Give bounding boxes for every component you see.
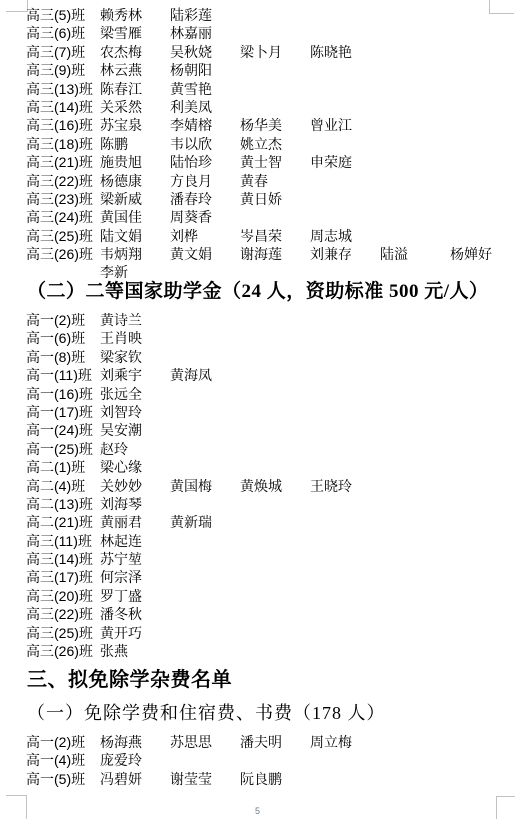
- student-name: 黄新瑞: [170, 513, 212, 531]
- student-name: 黄海凤: [170, 366, 212, 384]
- student-name: 周志城: [310, 227, 352, 245]
- second-grant-name-list: 高一(2)班黄诗兰高一(6)班王肖映高一(8)班梁家钦高一(11)班刘乘宇黄海凤…: [0, 311, 515, 660]
- name-list-row: 高一(2)班黄诗兰: [0, 311, 515, 329]
- class-label: 高一(24)班: [26, 421, 93, 439]
- name-list-row: 高三(5)班赖秀林陆彩莲: [0, 6, 515, 24]
- class-label: 高一(25)班: [26, 440, 93, 458]
- name-list-row: 高三(7)班农杰梅吴秋娆梁卜月陈晓艳: [0, 43, 515, 61]
- student-name: 吴秋娆: [170, 43, 212, 61]
- name-list-row: 高一(5)班冯碧妍谢莹莹阮良鹏: [0, 770, 515, 788]
- student-name: 黄国佳: [100, 208, 142, 226]
- class-label: 高一(8)班: [26, 348, 85, 366]
- student-name: 杨华美: [240, 116, 282, 134]
- student-name: 方良月: [170, 172, 212, 190]
- class-label: 高二(4)班: [26, 477, 85, 495]
- fee-waiver-name-list: 高一(2)班杨海燕苏思思潘夫明周立梅高一(4)班庞爱玲高一(5)班冯碧妍谢莹莹阮…: [0, 733, 515, 788]
- name-list-row: 高一(17)班刘智玲: [0, 403, 515, 421]
- name-list-row: 高二(4)班关妙妙黄国梅黄焕城王晓玲: [0, 477, 515, 495]
- student-name: 关采然: [100, 98, 142, 116]
- name-list-row: 高一(6)班王肖映: [0, 329, 515, 347]
- student-name: 梁心缘: [100, 458, 142, 476]
- student-name: 刘兼存: [310, 245, 352, 263]
- fee-waiver-section-heading: 三、拟免除学杂费名单: [27, 663, 232, 692]
- class-label: 高一(2)班: [26, 311, 85, 329]
- student-name: 黄日娇: [240, 190, 282, 208]
- student-name: 杨德康: [100, 172, 142, 190]
- class-label: 高三(26)班: [26, 245, 93, 263]
- name-list-row: 高一(8)班梁家钦: [0, 348, 515, 366]
- student-name: 梁雪雁: [100, 24, 142, 42]
- student-name: 潘春玲: [170, 190, 212, 208]
- class-label: 高二(21)班: [26, 513, 93, 531]
- class-label: 高一(2)班: [26, 733, 85, 751]
- name-list-row: 高二(1)班梁心缘: [0, 458, 515, 476]
- student-name: 吴安潮: [100, 421, 142, 439]
- class-label: 高三(6)班: [26, 24, 85, 42]
- class-label: 高三(5)班: [26, 6, 85, 24]
- class-label: 高三(14)班: [26, 550, 93, 568]
- class-label: 高一(11)班: [26, 366, 92, 384]
- class-label: 高三(26)班: [26, 642, 93, 660]
- student-name: 杨婵好: [450, 245, 492, 263]
- student-name: 苏宝泉: [100, 116, 142, 134]
- student-name: 黄焕城: [240, 477, 282, 495]
- name-list-row: 高一(4)班庞爱玲: [0, 751, 515, 769]
- student-name: 刘乘宇: [100, 366, 142, 384]
- student-name: 张远全: [100, 385, 142, 403]
- student-name: 韦以欣: [170, 135, 212, 153]
- student-name: 苏思思: [170, 733, 212, 751]
- document-page: 高三(5)班赖秀林陆彩莲高三(6)班梁雪雁林嘉丽高三(7)班农杰梅吴秋娆梁卜月陈…: [0, 0, 515, 835]
- class-label: 高三(22)班: [26, 172, 93, 190]
- class-label: 高三(23)班: [26, 190, 93, 208]
- class-label: 高三(17)班: [26, 568, 93, 586]
- name-list-row: 高三(17)班何宗泽: [0, 568, 515, 586]
- student-name: 梁家钦: [100, 348, 142, 366]
- name-list-row: 高三(20)班罗丁盛: [0, 587, 515, 605]
- student-name: 黄丽君: [100, 513, 142, 531]
- student-name: 赖秀林: [100, 6, 142, 24]
- class-label: 高一(16)班: [26, 385, 93, 403]
- name-list-row: 高三(25)班黄开巧: [0, 624, 515, 642]
- student-name: 农杰梅: [100, 43, 142, 61]
- name-list-row: 高三(22)班潘冬秋: [0, 605, 515, 623]
- student-name: 利美凤: [170, 98, 212, 116]
- name-list-row: 高一(16)班张远全: [0, 385, 515, 403]
- student-name: 何宗泽: [100, 568, 142, 586]
- student-name: 黄开巧: [100, 624, 142, 642]
- name-list-row: 高一(24)班吴安潮: [0, 421, 515, 439]
- name-list-row: 高三(6)班梁雪雁林嘉丽: [0, 24, 515, 42]
- class-label: 高三(18)班: [26, 135, 93, 153]
- student-name: 陆文娟: [100, 227, 142, 245]
- student-name: 刘智玲: [100, 403, 142, 421]
- student-name: 关妙妙: [100, 477, 142, 495]
- fee-waiver-subsection-heading: （一）免除学费和住宿费、书费（178 人）: [27, 699, 386, 725]
- second-grant-heading: （二）二等国家助学金（24 人，资助标准 500 元/人）: [27, 276, 489, 303]
- class-label: 高三(21)班: [26, 153, 93, 171]
- class-label: 高三(7)班: [26, 43, 85, 61]
- student-name: 赵玲: [100, 440, 128, 458]
- student-name: 杨海燕: [100, 733, 142, 751]
- name-list-row: 高三(14)班苏宁堃: [0, 550, 515, 568]
- class-label: 高三(13)班: [26, 80, 93, 98]
- student-name: 刘桦: [170, 227, 198, 245]
- student-name: 梁新威: [100, 190, 142, 208]
- class-label: 高三(11)班: [26, 532, 92, 550]
- name-list-row: 高三(18)班陈鹏韦以欣姚立杰: [0, 135, 515, 153]
- student-name: 庞爱玲: [100, 751, 142, 769]
- student-name: 苏宁堃: [100, 550, 142, 568]
- student-name: 谢莹莹: [170, 770, 212, 788]
- class-label: 高三(16)班: [26, 116, 93, 134]
- student-name: 王肖映: [100, 329, 142, 347]
- student-name: 刘海琴: [100, 495, 142, 513]
- student-name: 陆怡珍: [170, 153, 212, 171]
- name-list-row: 高三(26)班韦炳翔黄文娟谢海莲刘兼存陆溢杨婵好: [0, 245, 515, 263]
- page-number: 5: [0, 806, 515, 816]
- student-name: 岑昌荣: [240, 227, 282, 245]
- student-name: 王晓玲: [310, 477, 352, 495]
- student-name: 周葵香: [170, 208, 212, 226]
- student-name: 黄文娟: [170, 245, 212, 263]
- student-name: 谢海莲: [240, 245, 282, 263]
- first-grant-name-list: 高三(5)班赖秀林陆彩莲高三(6)班梁雪雁林嘉丽高三(7)班农杰梅吴秋娆梁卜月陈…: [0, 6, 515, 282]
- student-name: 黄春: [240, 172, 268, 190]
- name-list-row: 高一(25)班赵玲: [0, 440, 515, 458]
- name-list-row: 高一(2)班杨海燕苏思思潘夫明周立梅: [0, 733, 515, 751]
- student-name: 林起连: [100, 532, 142, 550]
- name-list-row: 高三(16)班苏宝泉李婧榕杨华美曾业江: [0, 116, 515, 134]
- name-list-row: 高三(25)班陆文娟刘桦岑昌荣周志城: [0, 227, 515, 245]
- name-list-row: 高三(24)班黄国佳周葵香: [0, 208, 515, 226]
- name-list-row: 高三(9)班林云燕杨朝阳: [0, 61, 515, 79]
- student-name: 阮良鹏: [240, 770, 282, 788]
- student-name: 姚立杰: [240, 135, 282, 153]
- name-list-row: 高三(21)班施贵旭陆怡珍黄士智申荣庭: [0, 153, 515, 171]
- student-name: 黄国梅: [170, 477, 212, 495]
- class-label: 高三(9)班: [26, 61, 85, 79]
- class-label: 高二(1)班: [26, 458, 85, 476]
- student-name: 韦炳翔: [100, 245, 142, 263]
- name-list-row: 高二(21)班黄丽君黄新瑞: [0, 513, 515, 531]
- name-list-row: 高三(22)班杨德康方良月黄春: [0, 172, 515, 190]
- student-name: 林嘉丽: [170, 24, 212, 42]
- name-list-row: 高三(23)班梁新威潘春玲黄日娇: [0, 190, 515, 208]
- student-name: 黄雪艳: [170, 80, 212, 98]
- student-name: 杨朝阳: [170, 61, 212, 79]
- student-name: 周立梅: [310, 733, 352, 751]
- class-label: 高一(4)班: [26, 751, 85, 769]
- student-name: 黄诗兰: [100, 311, 142, 329]
- name-list-row: 高三(26)班张燕: [0, 642, 515, 660]
- student-name: 申荣庭: [310, 153, 352, 171]
- student-name: 潘冬秋: [100, 605, 142, 623]
- name-list-row: 高三(13)班陈春江黄雪艳: [0, 80, 515, 98]
- student-name: 陈鹏: [100, 135, 128, 153]
- class-label: 高一(17)班: [26, 403, 93, 421]
- student-name: 陈晓艳: [310, 43, 352, 61]
- class-label: 高二(13)班: [26, 495, 93, 513]
- student-name: 陆彩莲: [170, 6, 212, 24]
- student-name: 梁卜月: [240, 43, 282, 61]
- student-name: 潘夫明: [240, 733, 282, 751]
- student-name: 陈春江: [100, 80, 142, 98]
- name-list-row: 高三(14)班关采然利美凤: [0, 98, 515, 116]
- student-name: 张燕: [100, 642, 128, 660]
- class-label: 高三(20)班: [26, 587, 93, 605]
- name-list-row: 高三(11)班林起连: [0, 532, 515, 550]
- class-label: 高三(25)班: [26, 227, 93, 245]
- class-label: 高三(25)班: [26, 624, 93, 642]
- class-label: 高一(5)班: [26, 770, 85, 788]
- class-label: 高三(24)班: [26, 208, 93, 226]
- student-name: 李婧榕: [170, 116, 212, 134]
- student-name: 罗丁盛: [100, 587, 142, 605]
- student-name: 林云燕: [100, 61, 142, 79]
- name-list-row: 高一(11)班刘乘宇黄海凤: [0, 366, 515, 384]
- name-list-row: 高二(13)班刘海琴: [0, 495, 515, 513]
- student-name: 曾业江: [310, 116, 352, 134]
- student-name: 冯碧妍: [100, 770, 142, 788]
- class-label: 高三(14)班: [26, 98, 93, 116]
- student-name: 施贵旭: [100, 153, 142, 171]
- class-label: 高三(22)班: [26, 605, 93, 623]
- student-name: 陆溢: [380, 245, 408, 263]
- class-label: 高一(6)班: [26, 329, 85, 347]
- student-name: 黄士智: [240, 153, 282, 171]
